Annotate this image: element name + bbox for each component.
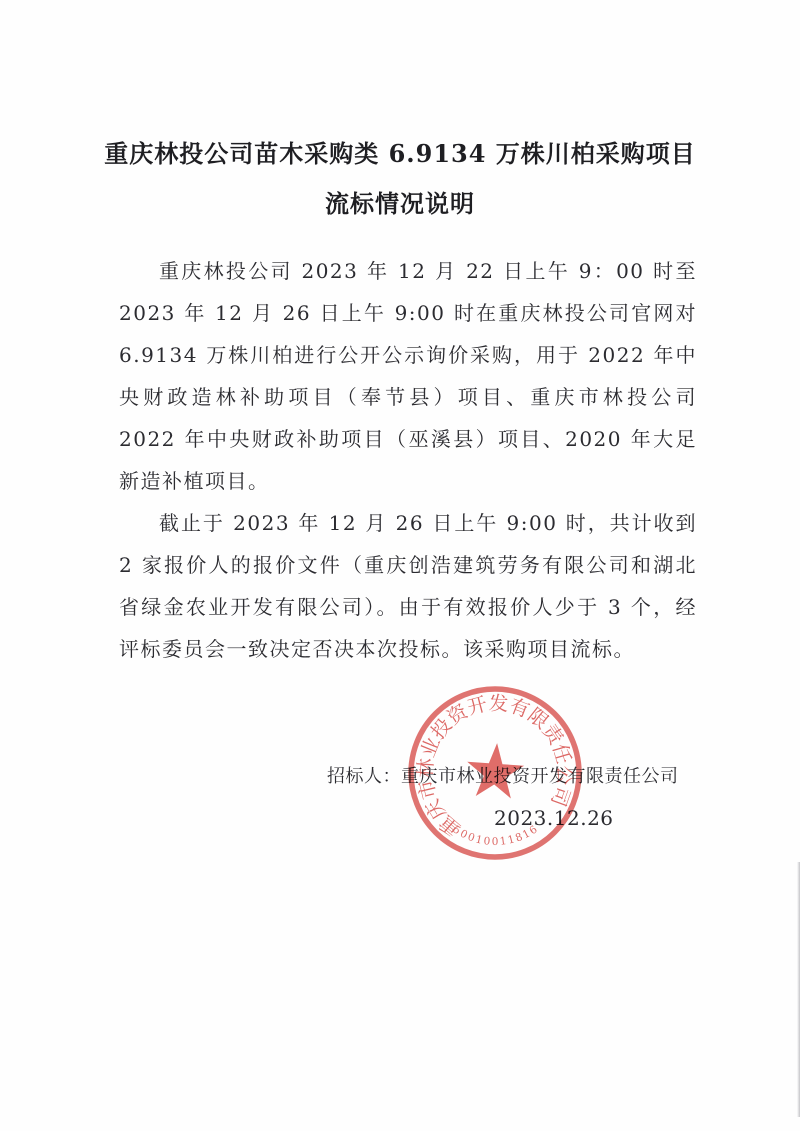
body-paragraph-2: 截止于 2023 年 12 月 26 日上午 9:00 时，共计收到 2 家报价… xyxy=(119,502,697,670)
document-title-line-1: 重庆林投公司苗木采购类 6.9134 万株川柏采购项目 xyxy=(0,134,800,169)
document-title-line-2: 流标情况说明 xyxy=(0,184,800,219)
tenderer-signature-line: 招标人：重庆市林业投资开发有限责任公司 xyxy=(327,762,679,788)
document-body: 重庆林投公司 2023 年 12 月 22 日上午 9：00 时至 2023 年… xyxy=(119,250,697,670)
body-paragraph-1: 重庆林投公司 2023 年 12 月 22 日上午 9：00 时至 2023 年… xyxy=(119,250,697,502)
document-page: 重庆林投公司苗木采购类 6.9134 万株川柏采购项目 流标情况说明 重庆林投公… xyxy=(0,0,800,1131)
document-date: 2023.12.26 xyxy=(494,806,614,830)
